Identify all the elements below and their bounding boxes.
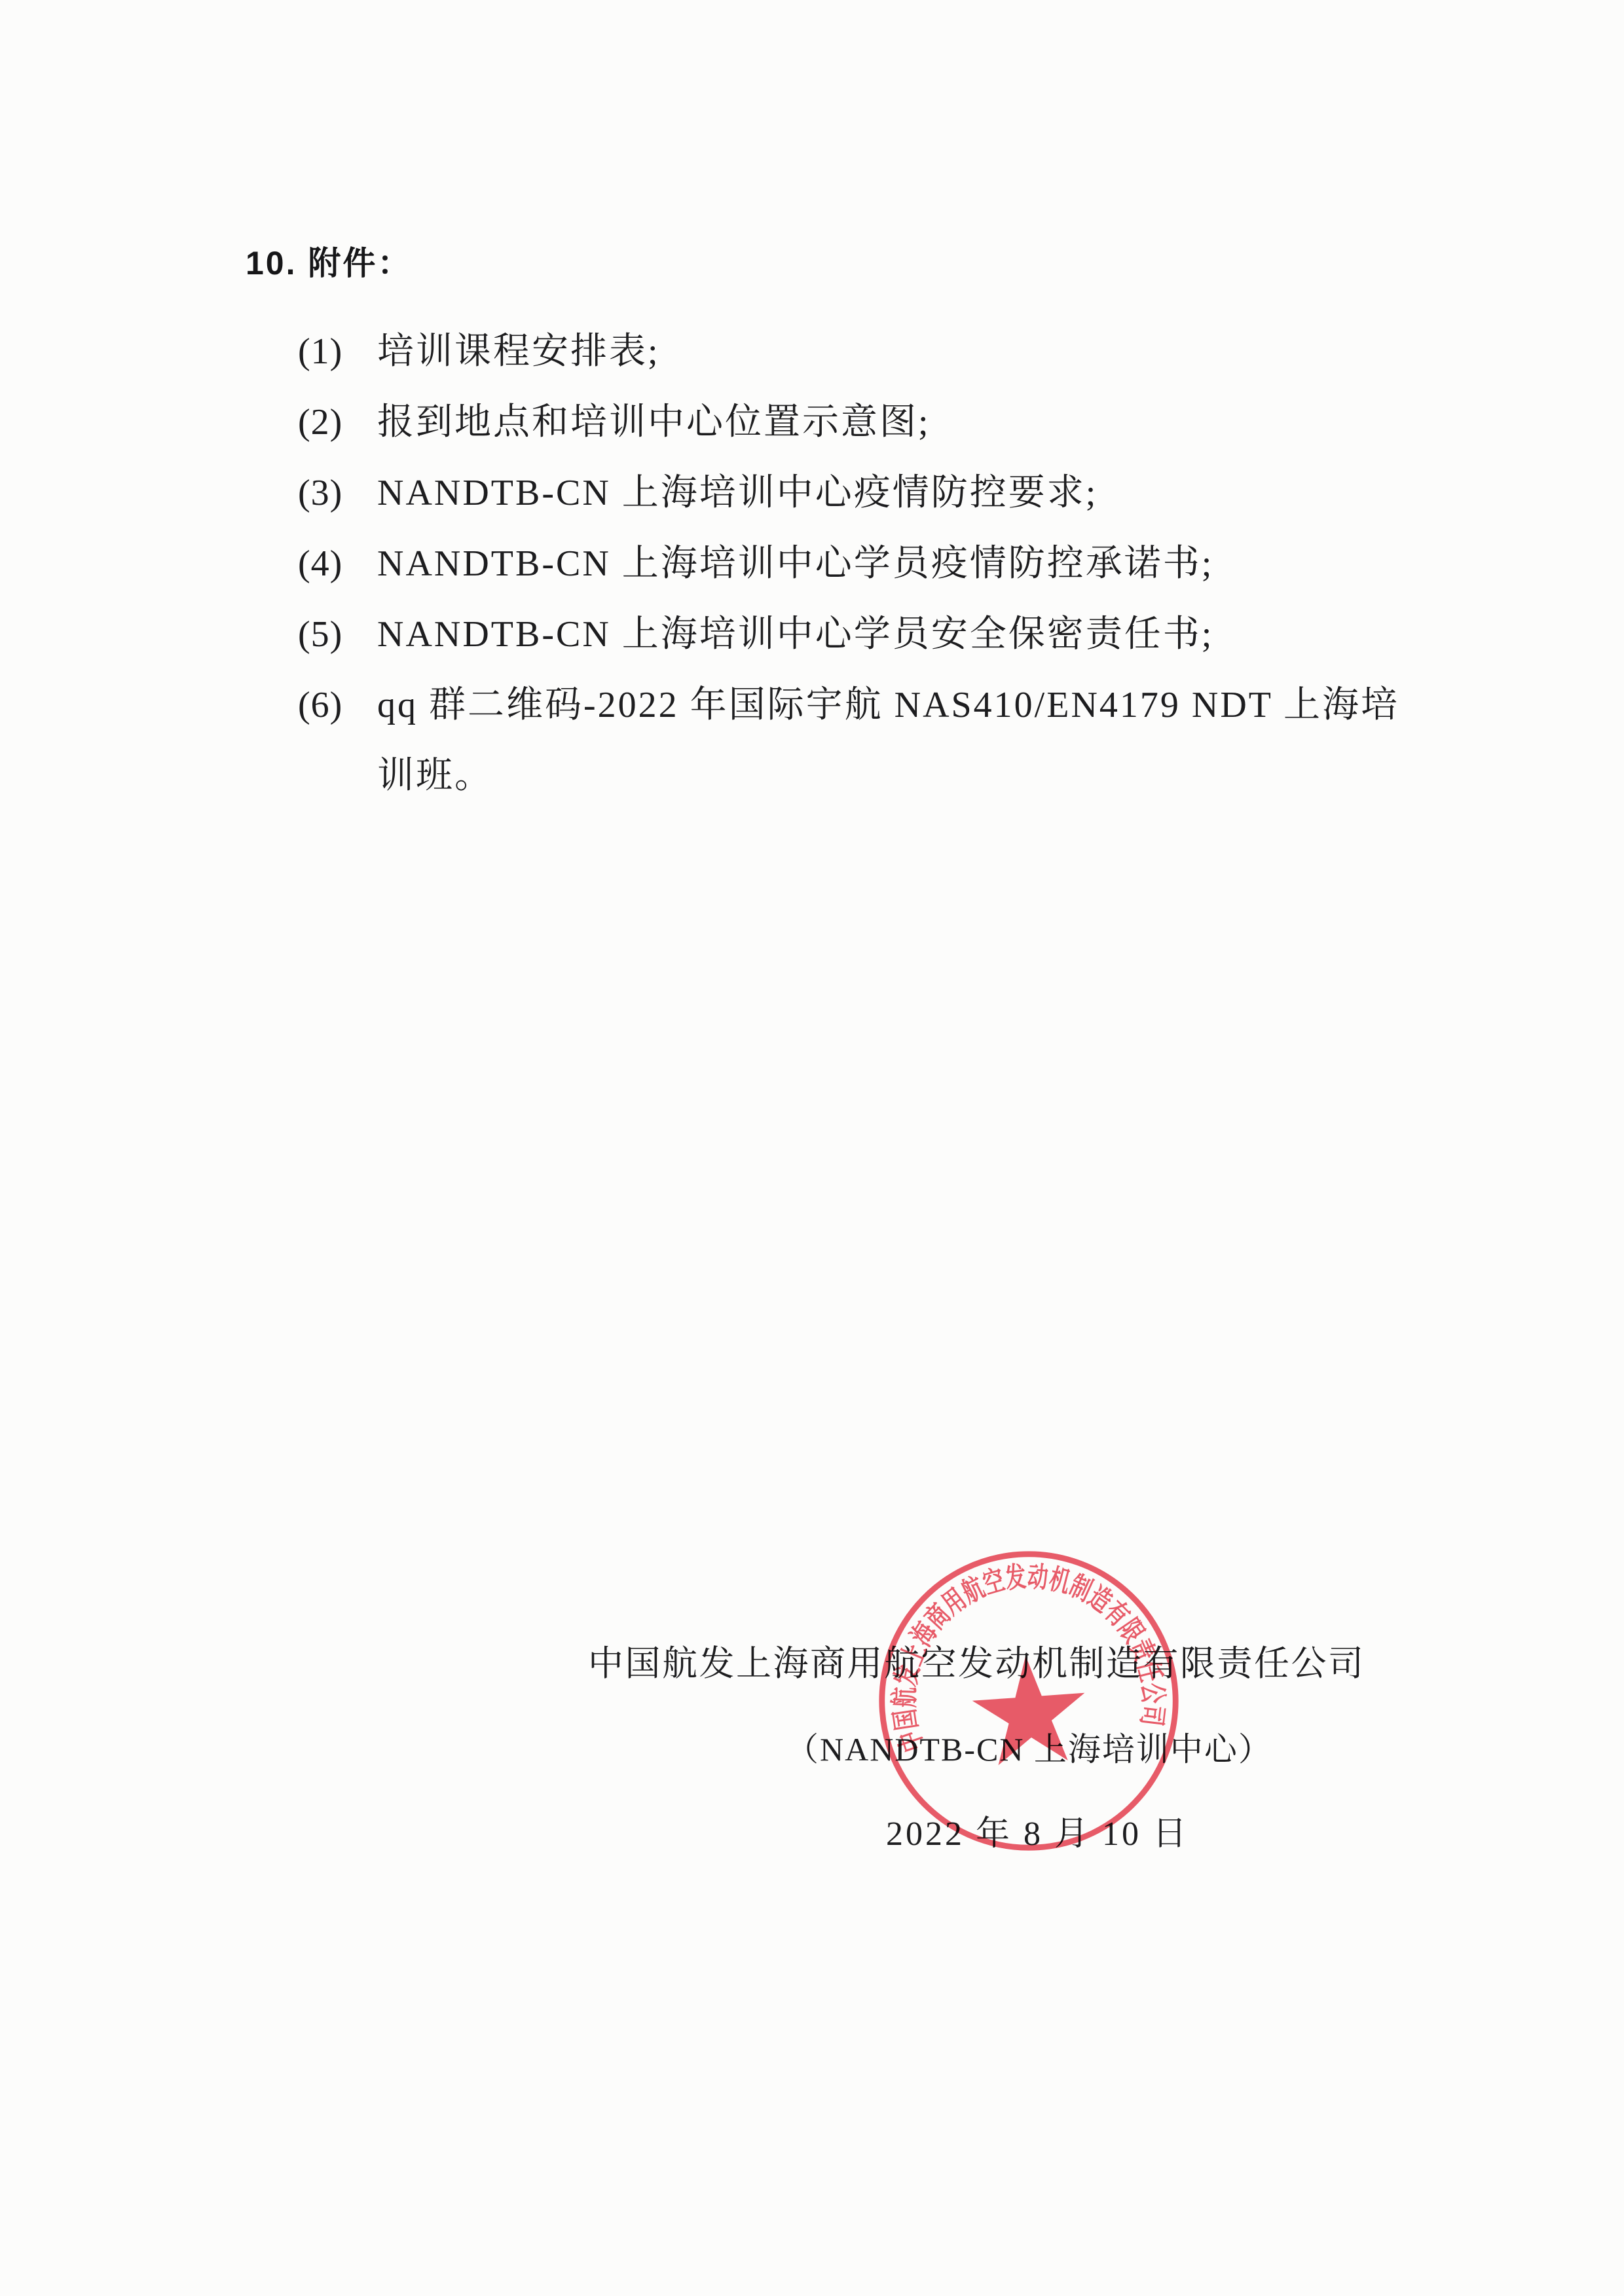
attachment-item-4: (4)NANDTB-CN 上海培训中心学员疫情防控承诺书; bbox=[298, 534, 1213, 587]
attachment-item-5: (5)NANDTB-CN 上海培训中心学员安全保密责任书; bbox=[298, 605, 1213, 657]
item-number: (4) bbox=[298, 543, 377, 585]
item-text: 培训课程安排表; bbox=[377, 331, 660, 372]
attachments-heading: 10. 附件： bbox=[246, 237, 412, 284]
attachment-item-2: (2)报到地点和培训中心位置示意图; bbox=[298, 393, 931, 445]
document-page: 10. 附件： (1)培训课程安排表; (2)报到地点和培训中心位置示意图; (… bbox=[0, 0, 1624, 2296]
item-number: (3) bbox=[298, 472, 377, 514]
item-number: (1) bbox=[298, 331, 377, 373]
attachment-item-3: (3)NANDTB-CN 上海培训中心疫情防控要求; bbox=[298, 464, 1098, 516]
attachment-item-6: (6)qq 群二维码-2022 年国际宇航 NAS410/EN4179 NDT … bbox=[298, 676, 1399, 728]
company-seal-stamp: 中国航发上海商用航空发动机制造有限责任公司 bbox=[864, 1536, 1194, 1866]
item-text: qq 群二维码-2022 年国际宇航 NAS410/EN4179 NDT 上海培 bbox=[377, 685, 1399, 725]
attachment-item-1: (1)培训课程安排表; bbox=[298, 322, 660, 374]
item-text: NANDTB-CN 上海培训中心疫情防控要求; bbox=[377, 473, 1098, 513]
item-text: 报到地点和培训中心位置示意图; bbox=[377, 402, 931, 443]
item-number: (6) bbox=[298, 684, 377, 726]
item-number: (2) bbox=[298, 401, 377, 443]
item-text: NANDTB-CN 上海培训中心学员疫情防控承诺书; bbox=[377, 543, 1213, 584]
item-number: (5) bbox=[298, 613, 377, 655]
attachment-item-6-continuation: 训班。 bbox=[377, 746, 493, 799]
star-icon bbox=[969, 1652, 1089, 1766]
item-text: NANDTB-CN 上海培训中心学员安全保密责任书; bbox=[377, 614, 1213, 655]
